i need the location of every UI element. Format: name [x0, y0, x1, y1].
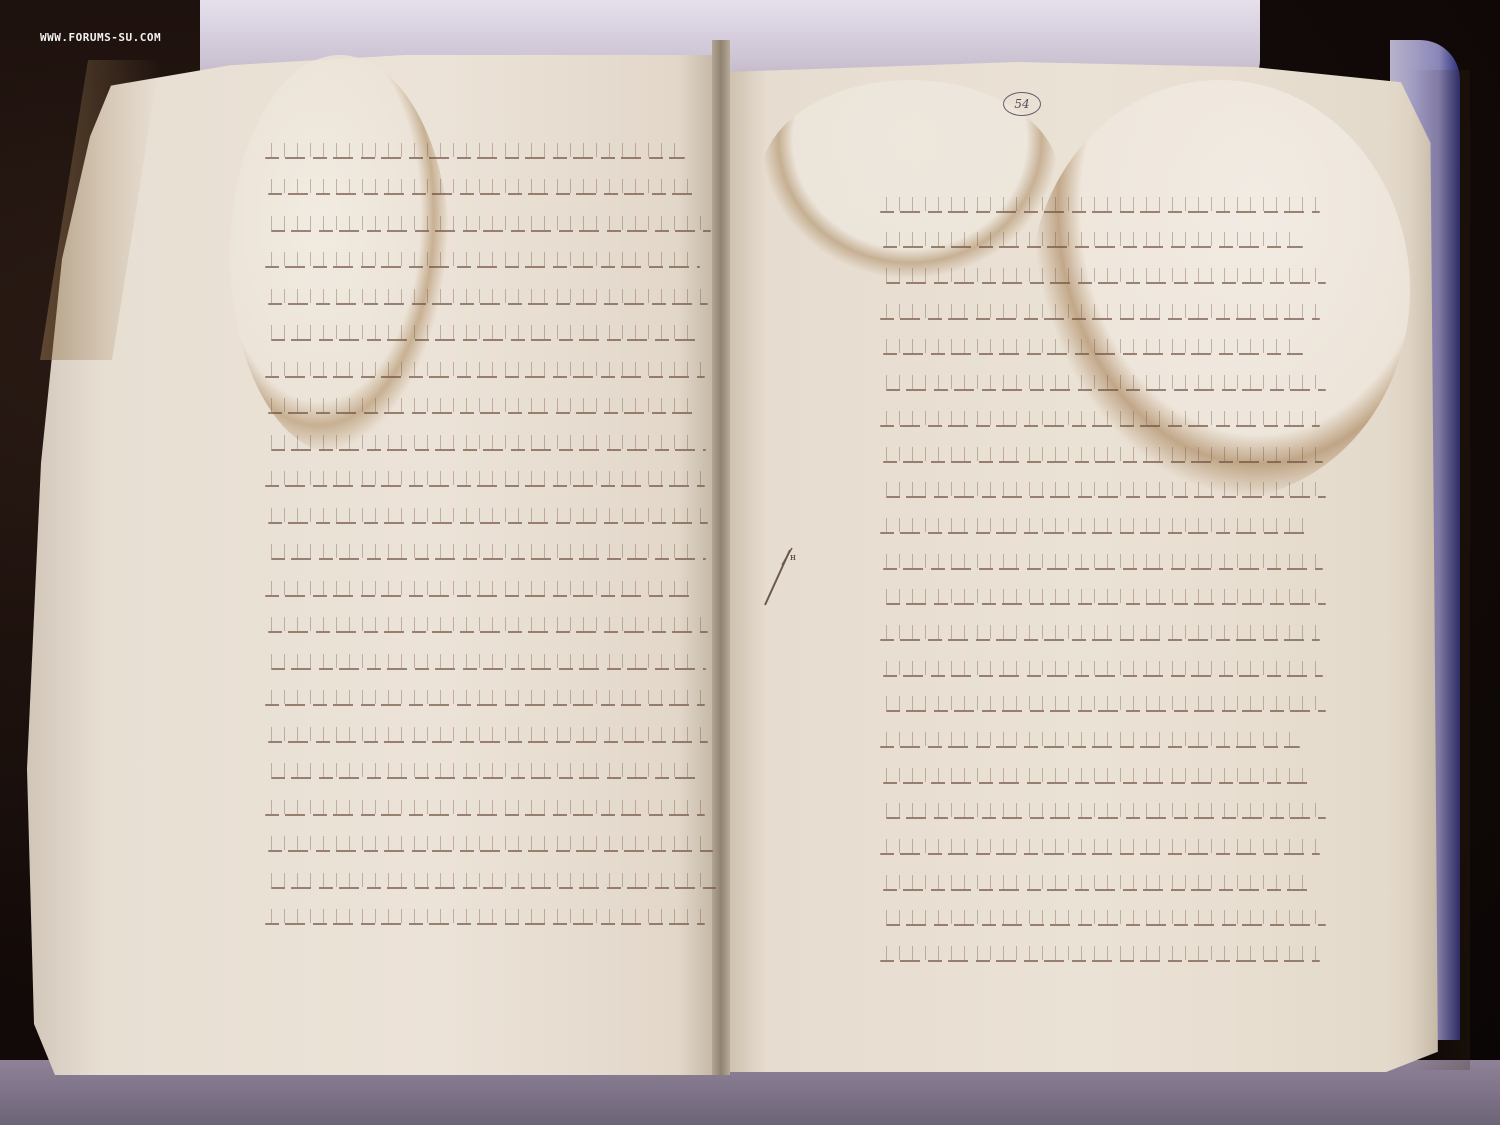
- handwritten-line: [265, 568, 715, 605]
- handwritten-line: [880, 649, 1340, 685]
- handwritten-line: [265, 422, 715, 459]
- handwritten-line: [265, 459, 715, 496]
- handwritten-line: [265, 787, 715, 824]
- handwritten-line: [880, 613, 1340, 649]
- handwritten-line: [880, 899, 1340, 935]
- right-page-handwriting: [880, 185, 1340, 970]
- handwritten-line: [265, 349, 715, 386]
- handwritten-line: [880, 471, 1340, 507]
- handwritten-line: [880, 934, 1340, 970]
- handwritten-line: [265, 824, 715, 861]
- handwritten-line: [265, 495, 715, 532]
- handwritten-line: [265, 167, 715, 204]
- handwritten-line: [880, 435, 1340, 471]
- handwritten-line: [265, 678, 715, 715]
- handwritten-line: [880, 256, 1340, 292]
- handwritten-line: [880, 792, 1340, 828]
- right-page-edge-shadow: [1410, 70, 1470, 1070]
- handwritten-line: [880, 185, 1340, 221]
- watermark: WWW.FORUMS-SU.COM: [40, 31, 161, 44]
- handwritten-line: [265, 860, 715, 897]
- handwritten-line: [880, 863, 1340, 899]
- handwritten-line: [265, 751, 715, 788]
- folio-number: 54: [1003, 92, 1041, 116]
- handwritten-line: [265, 313, 715, 350]
- handwritten-line: [880, 506, 1340, 542]
- handwritten-line: [880, 578, 1340, 614]
- handwritten-line: [265, 641, 715, 678]
- handwritten-line: [880, 328, 1340, 364]
- handwritten-line: [265, 130, 715, 167]
- handwritten-line: [880, 399, 1340, 435]
- handwritten-line: [880, 827, 1340, 863]
- handwritten-line: [265, 532, 715, 569]
- handwritten-line: [880, 685, 1340, 721]
- handwritten-line: [880, 756, 1340, 792]
- handwritten-line: [880, 292, 1340, 328]
- handwritten-line: [880, 720, 1340, 756]
- handwritten-line: [880, 363, 1340, 399]
- handwritten-line: [265, 897, 715, 934]
- handwritten-line: [265, 386, 715, 423]
- handwritten-line: [880, 542, 1340, 578]
- handwritten-line: [265, 605, 715, 642]
- left-page-handwriting: [265, 130, 715, 933]
- handwritten-line: [880, 221, 1340, 257]
- handwritten-line: [265, 240, 715, 277]
- handwritten-line: [265, 714, 715, 751]
- margin-mark-icon: н: [760, 540, 800, 610]
- handwritten-line: [265, 203, 715, 240]
- handwritten-line: [265, 276, 715, 313]
- svg-text:н: н: [790, 553, 796, 563]
